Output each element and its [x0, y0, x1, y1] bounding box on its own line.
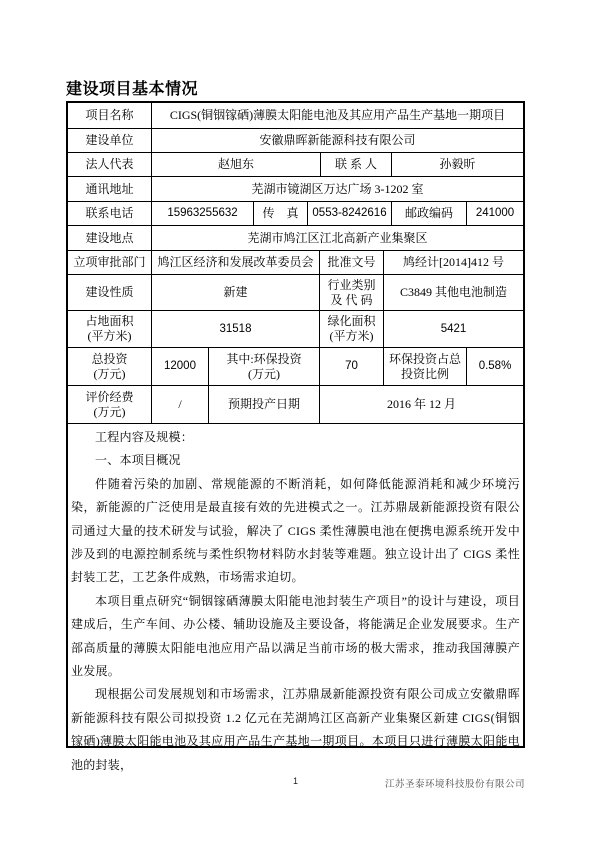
field-label-land-area: 占地面积 (平方米) [68, 311, 152, 347]
field-value-env-investment: 70 [320, 348, 384, 385]
field-label-env-investment: 其中:环保投资 (万元) [209, 348, 320, 385]
field-label-fax: 传 真 [254, 202, 308, 225]
field-label-production-date: 预期投产日期 [209, 386, 320, 423]
row-investment: 总投资 (万元) 12000 其中:环保投资 (万元) 70 环保投资占总 投资… [68, 348, 523, 386]
field-label-industry: 行业类别 及 代 码 [320, 275, 384, 310]
field-value-address: 芜湖市镜湖区万达广场 3-1202 室 [152, 177, 523, 201]
document-page: 建设项目基本情况 项目名称 CIGS(铜铟镓硒)薄膜太阳能电池及其应用产品生产基… [0, 0, 595, 841]
field-value-production-date: 2016 年 12 月 [320, 386, 523, 423]
field-value-project-name: CIGS(铜铟镓硒)薄膜太阳能电池及其应用产品生产基地一期项目 [152, 103, 523, 128]
field-value-builder: 安徽鼎晖新能源科技有限公司 [152, 129, 523, 152]
field-value-nature: 新建 [152, 275, 320, 310]
page-title: 建设项目基本情况 [66, 76, 198, 99]
field-label-approval-doc: 批准文号 [320, 251, 384, 274]
content-section-title: 一、本项目概况 [71, 449, 520, 472]
content-paragraph-2: 本项目重点研究“铜铟镓硒薄膜太阳能电池封装生产项目”的设计与建设，项目建成后，生… [71, 590, 520, 684]
row-evaluation: 评价经费 (万元) / 预期投产日期 2016 年 12 月 [68, 386, 523, 424]
field-label-site: 建设地点 [68, 226, 152, 250]
page-number: 1 [293, 776, 298, 786]
field-value-approval-dept: 鸠江区经济和发展改革委员会 [152, 251, 320, 274]
field-label-green-area: 绿化面积 (平方米) [320, 311, 384, 347]
project-info-table: 项目名称 CIGS(铜铟镓硒)薄膜太阳能电池及其应用产品生产基地一期项目 建设单… [66, 101, 525, 748]
row-project-name: 项目名称 CIGS(铜铟镓硒)薄膜太阳能电池及其应用产品生产基地一期项目 [68, 103, 523, 129]
field-value-industry: C3849 其他电池制造 [384, 275, 523, 310]
field-value-green-area: 5421 [384, 311, 523, 347]
field-label-legal-rep: 法人代表 [68, 153, 152, 176]
field-label-contact-person: 联 系 人 [321, 153, 392, 176]
field-value-total-investment: 12000 [152, 348, 209, 385]
field-value-site: 芜湖市鸠江区江北高新产业集聚区 [152, 226, 523, 250]
row-builder: 建设单位 安徽鼎晖新能源科技有限公司 [68, 129, 523, 153]
field-value-env-ratio: 0.58% [467, 348, 523, 385]
field-value-fax: 0553-8242616 [308, 202, 392, 225]
field-label-address: 通讯地址 [68, 177, 152, 201]
field-label-zip: 邮政编码 [392, 202, 467, 225]
field-label-project-name: 项目名称 [68, 103, 152, 128]
field-label-env-ratio: 环保投资占总 投资比例 [384, 348, 467, 385]
row-phone: 联系电话 15963255632 传 真 0553-8242616 邮政编码 2… [68, 202, 523, 226]
field-value-zip: 241000 [467, 202, 523, 225]
row-address: 通讯地址 芜湖市镜湖区万达广场 3-1202 室 [68, 177, 523, 202]
field-label-eval-fee: 评价经费 (万元) [68, 386, 152, 423]
field-value-approval-doc: 鸠经计[2014]412 号 [384, 251, 523, 274]
project-content-cell: 工程内容及规模： 一、本项目概况 件随着污染的加剧、常规能源的不断消耗，如何降低… [68, 424, 523, 777]
row-area: 占地面积 (平方米) 31518 绿化面积 (平方米) 5421 [68, 311, 523, 348]
row-nature: 建设性质 新建 行业类别 及 代 码 C3849 其他电池制造 [68, 275, 523, 311]
field-value-contact-person: 孙毅昕 [392, 153, 523, 176]
field-label-builder: 建设单位 [68, 129, 152, 152]
field-value-eval-fee: / [152, 386, 209, 423]
field-label-phone: 联系电话 [68, 202, 152, 225]
content-heading: 工程内容及规模： [71, 426, 520, 449]
row-site: 建设地点 芜湖市鸠江区江北高新产业集聚区 [68, 226, 523, 251]
row-project-content: 工程内容及规模： 一、本项目概况 件随着污染的加剧、常规能源的不断消耗，如何降低… [68, 424, 523, 777]
page-footer: 1 江苏圣泰环境科技股份有限公司 [66, 776, 525, 792]
content-paragraph-1: 件随着污染的加剧、常规能源的不断消耗，如何降低能源消耗和减少环境污染，新能源的广… [71, 473, 520, 590]
field-label-total-investment: 总投资 (万元) [68, 348, 152, 385]
footer-company-name: 江苏圣泰环境科技股份有限公司 [385, 776, 525, 790]
row-legal-representative: 法人代表 赵旭东 联 系 人 孙毅昕 [68, 153, 523, 177]
content-paragraph-3: 现根据公司发展规划和市场需求，江苏鼎晟新能源投资有限公司成立安徽鼎晖新能源科技有… [71, 683, 520, 777]
field-value-land-area: 31518 [152, 311, 320, 347]
field-label-approval-dept: 立项审批部门 [68, 251, 152, 274]
field-label-nature: 建设性质 [68, 275, 152, 310]
field-value-phone: 15963255632 [152, 202, 254, 225]
row-approval: 立项审批部门 鸠江区经济和发展改革委员会 批准文号 鸠经计[2014]412 号 [68, 251, 523, 275]
field-value-legal-rep: 赵旭东 [152, 153, 321, 176]
